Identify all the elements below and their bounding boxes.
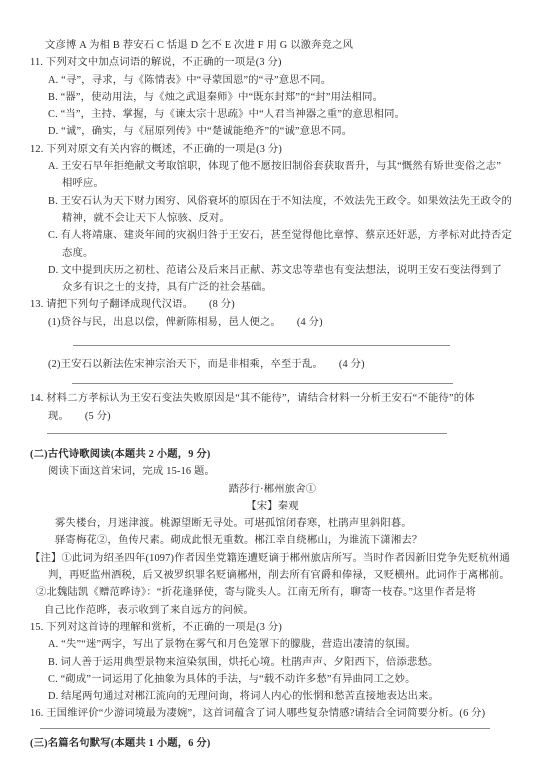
question-15-option-c: C. “砌成”一词运用了化抽象为具体的手法，与“载不动许多愁”有异曲同工之妙。 [48,671,545,688]
question-11-option-a: A. “寻”，寻求，与《陈情表》中“寻蒙国恩”的“寻”意思不同。 [48,72,545,89]
question-14-stem-wrap: 现。 (5 分) [48,408,545,425]
answer-blank-line [40,728,490,729]
question-12-stem: 12. 下列对原文有关内容的概述，不正确的一项是(3 分) [30,141,545,158]
poem-line-1: 雾失楼台，月迷津渡。桃源望断无寻处。可堪孤馆闭春寒，杜鹃声里斜阳暮。 [55,515,545,532]
question-12-option-a: A. 王安石早年拒绝献文考取馆职，体现了他不愿按旧制俗套获取晋升，与其“慨然有矫… [48,158,545,175]
question-13-item-2: (2)王安石以新法佐宋神宗治天下，而是非相乘，卒至于乱。 (4 分) [48,356,545,373]
question-11-option-d: D. “诚”，确实，与《屈原列传》中“楚诚能绝齐”的“诚”意思不同。 [48,123,545,140]
poem-note-2: ②北魏陆凯《赠范晔诗》：“折花逢驿使，寄与陇头人。江南无所有，聊寄一枝春。”这里… [36,584,545,601]
poem-note-1: 【注】①此词为绍圣四年(1097)作者因坐党籍连遭贬谪于郴州旅店所写。当时作者因… [30,550,545,567]
question-16-stem: 16. 王国维评价“少游词境最为凄婉”，这首词蕴含了词人哪些复杂情感?请结合全词… [30,705,545,722]
question-13-item-1: (1)贷谷与民，出息以偿，俾新陈相易，邑人便之。 (4 分) [48,314,545,331]
answer-blank-line [47,433,447,434]
question-15-option-a: A. “失”“迷”两字，写出了景物在雾气和月色笼罩下的朦胧，营造出凄清的氛围。 [48,636,545,653]
sentence-break-options-line: 文彦博 A 为相 B 荐安石 C 恬退 D 乞不 E 次进 F 用 G 以激奔竞… [45,37,545,54]
question-13-stem: 13. 请把下列句子翻译成现代汉语。 (8 分) [30,296,545,313]
exam-page: 文彦博 A 为相 B 荐安石 C 恬退 D 乞不 E 次进 F 用 G 以激奔竞… [0,0,545,783]
question-12-option-a-wrap: 相呼应。 [62,175,545,192]
poem-line-2: 驿寄梅花②，鱼传尺素。砌成此恨无重数。郴江幸自绕郴山，为谁流下潇湘去？ [55,532,545,549]
answer-blank-line [72,383,453,384]
question-11-option-c: C. “当”，主持、掌握，与《谏太宗十思疏》中“人君当神器之重”的意思相同。 [48,106,545,123]
question-14-stem: 14. 材料二方孝标认为王安石变法失败原因是“其不能待”，请结合材料一分析王安石… [30,390,545,407]
poem-note-2-wrap: 自己比作范晔，表示收到了来自远方的问候。 [44,602,545,619]
poem-title: 踏莎行·郴州旅舍① [0,481,545,498]
poem-note-1-wrap: 判，再贬监州酒税，后又被罗织罪名贬谪郴州，削去所有官爵和俸禄，又贬横州。此词作于… [48,567,545,584]
section-3-header: (三)名篇名句默写(本题共 1 小题，6 分) [30,735,545,752]
question-15-stem: 15. 下列对这首诗的理解和赏析，不正确的一项是(3 分) [30,619,545,636]
question-12-option-b-wrap: 精神，就不会让天下人惊骇、反对。 [62,210,545,227]
question-12-option-c-wrap: 态度。 [62,245,545,262]
question-11-option-b: B. “器”，使动用法，与《烛之武退秦师》中“既东封郑”的“封”用法相同。 [48,89,545,106]
question-15-option-b: B. 词人善于运用典型景物来渲染氛围，烘托心境。杜鹃声声、夕阳西下，倍添悲愁。 [48,654,545,671]
question-12-option-b: B. 王安石认为天下财力困穷、风俗衰坏的原因在于不知法度，不效法先王政令。如果效… [48,193,545,210]
poem-author: 【宋】秦观 [0,498,545,515]
question-12-option-d: D. 文中提到庆历之初杜、范诸公及后来吕正献、苏文忠等辈也有变法想法，说明王安石… [48,262,545,279]
answer-blank-line [73,345,450,346]
question-12-option-c: C. 有人将靖康、建炎年间的灾祸归咎于王安石，甚至觉得他比章惇、蔡京还奸恶，方孝… [48,227,545,244]
question-15-option-d: D. 结尾两句通过对郴江流向的无理问询，将词人内心的怅惘和愁苦直接地表达出来。 [48,688,545,705]
question-11-stem: 11. 下列对文中加点词语的解说，不正确的一项是(3 分) [30,54,545,71]
section-2-header: (二)古代诗歌阅读(本题共 2 小题，9 分) [30,446,545,463]
question-12-option-d-wrap: 众多有识之士的支持，具有广泛的社会基础。 [62,279,545,296]
section-2-instruction: 阅读下面这首宋词，完成 15-16 题。 [48,463,545,480]
